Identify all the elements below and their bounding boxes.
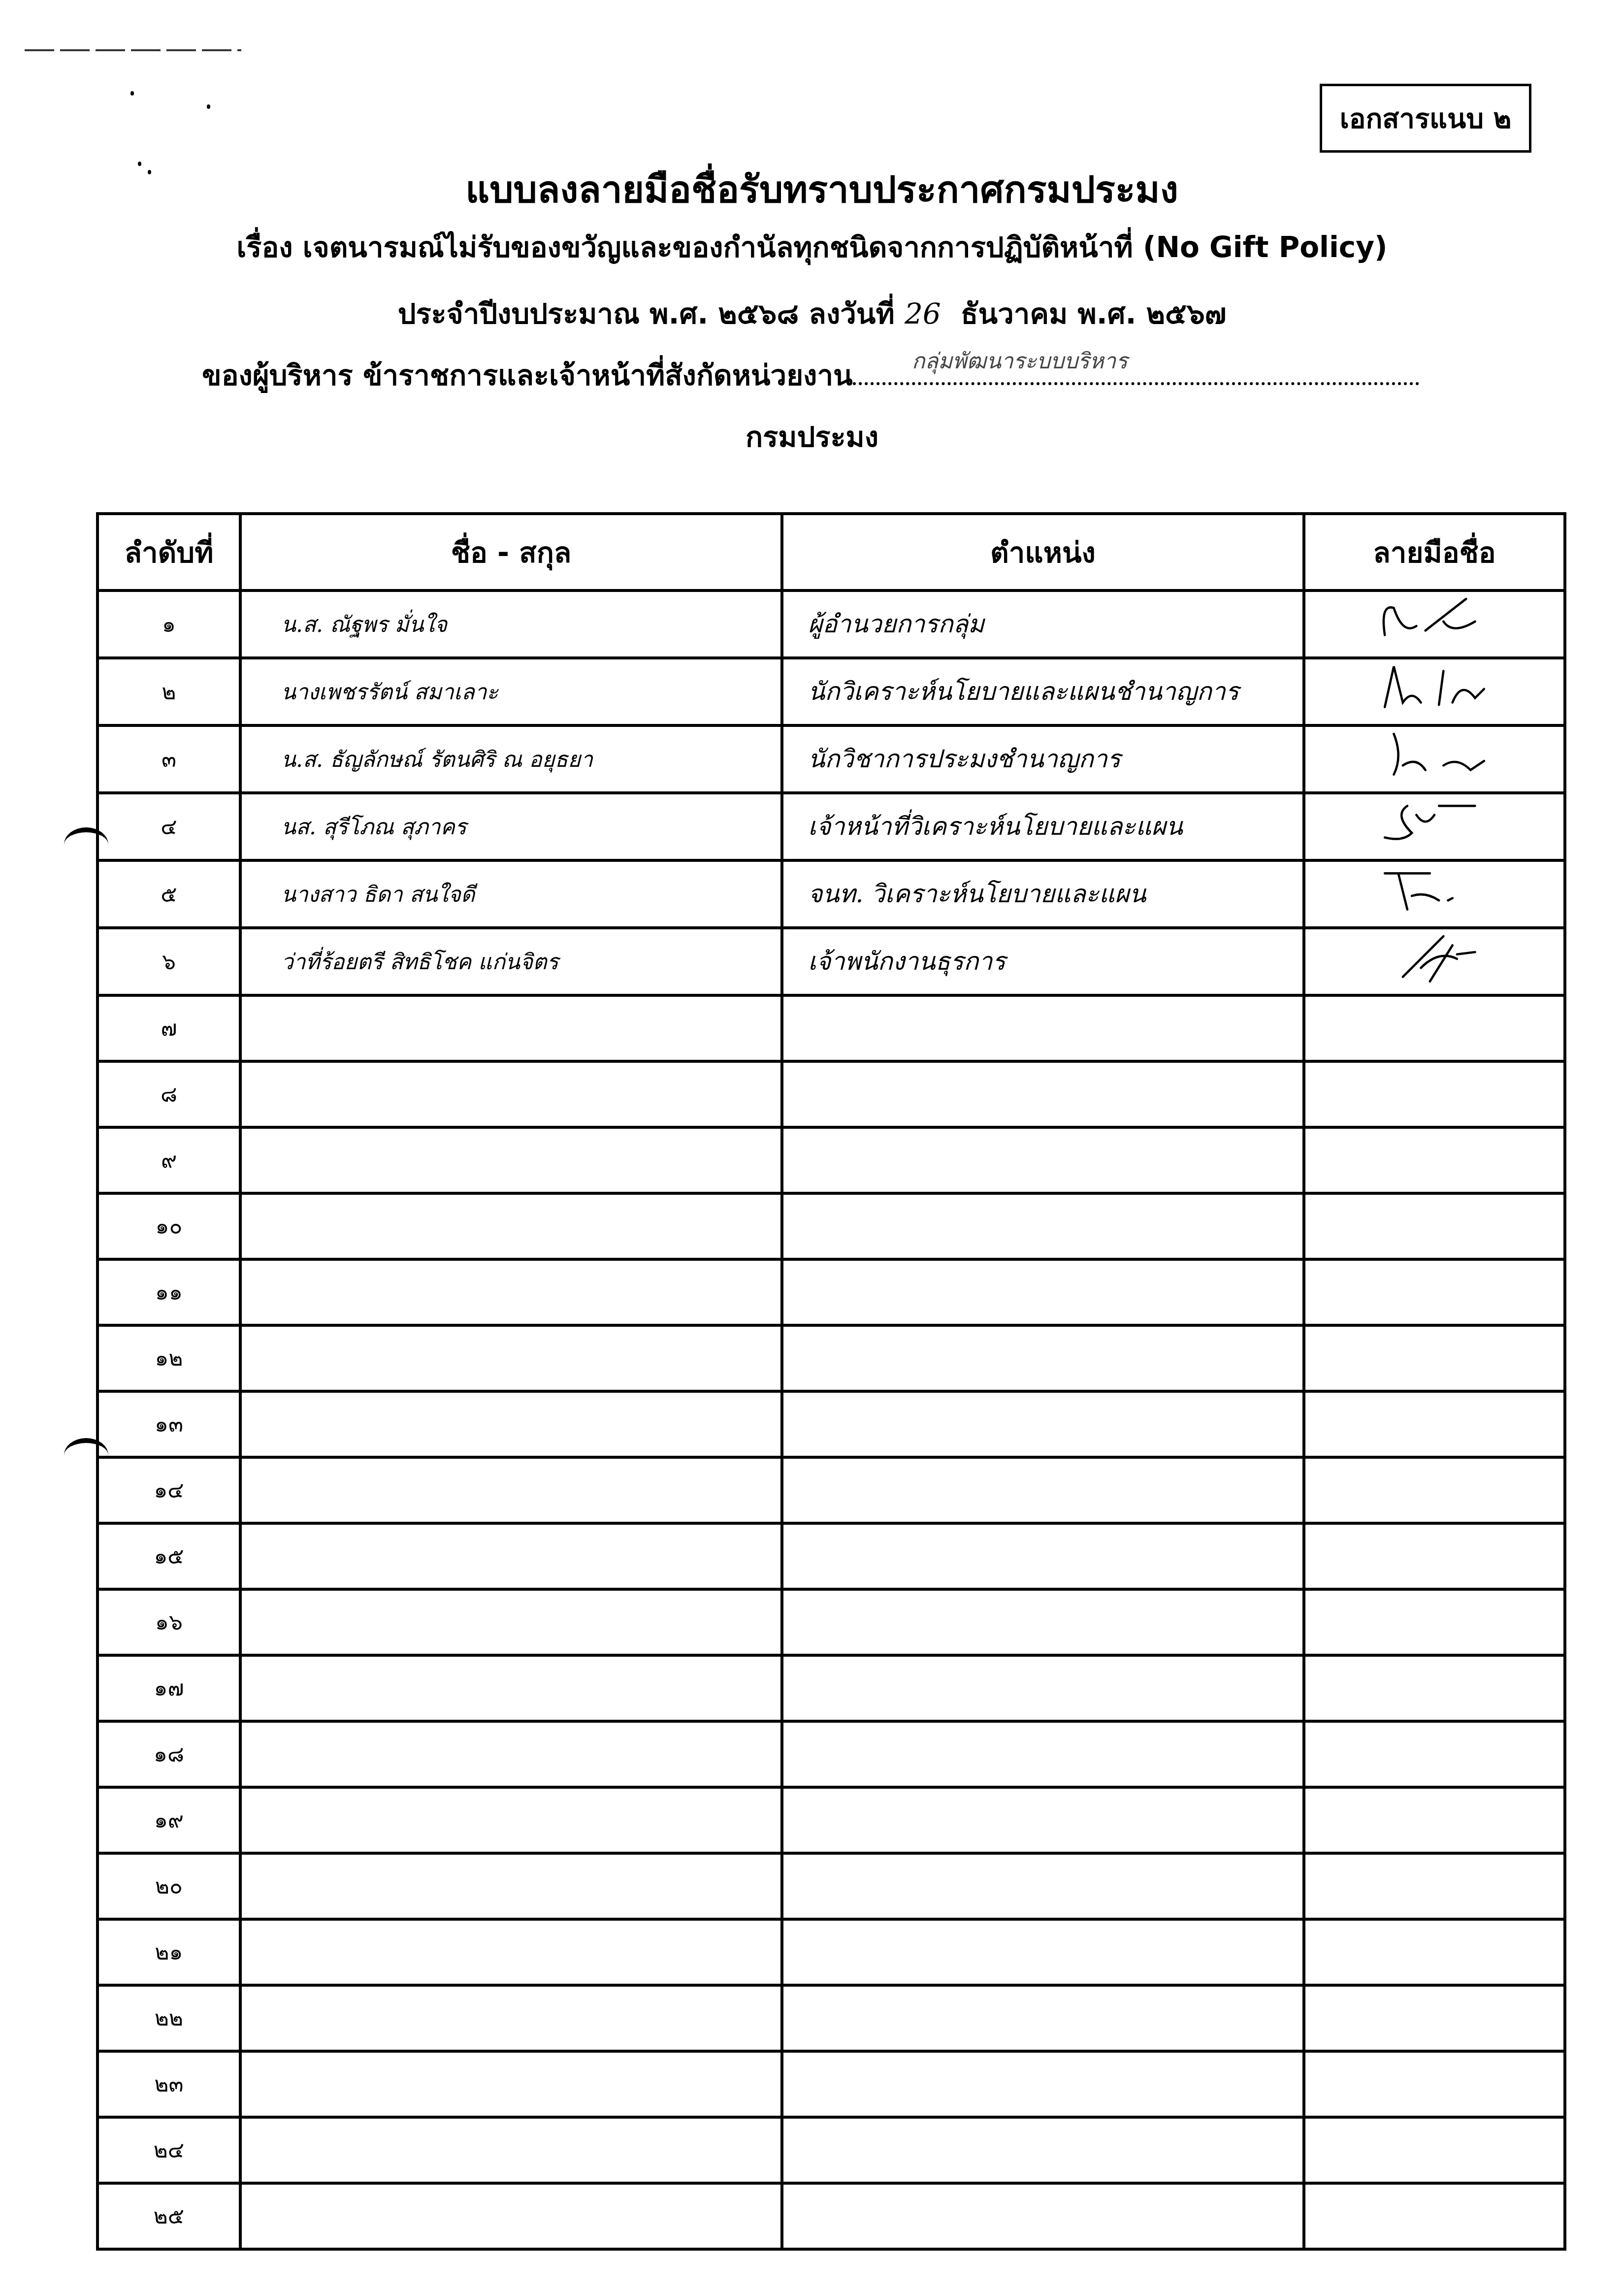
- row-number: ๑๓: [97, 1391, 240, 1457]
- signature-cell: [1304, 590, 1565, 658]
- unit-line: ของผู้บริหาร ข้าราชการและเจ้าหน้าที่สังก…: [202, 352, 1419, 398]
- table-row: ๑๕: [97, 1523, 1565, 1589]
- name-cell: [240, 1919, 782, 1985]
- date-month-year: ธันวาคม พ.ศ. ๒๕๖๗: [961, 297, 1226, 330]
- name-cell: [240, 1787, 782, 1853]
- table-row: ๙: [97, 1127, 1565, 1193]
- table-row: ๒๒: [97, 1985, 1565, 2051]
- table-row: ๒๓: [97, 2051, 1565, 2117]
- table-row: ๑๐: [97, 1193, 1565, 1259]
- row-number: ๒๓: [97, 2051, 240, 2117]
- scan-speck: [207, 104, 210, 109]
- position-cell: [782, 2117, 1304, 2183]
- name-cell: [240, 1325, 782, 1391]
- signature-cell: [1304, 1259, 1565, 1325]
- signature-cell: [1304, 1325, 1565, 1391]
- table-row: ๑๓: [97, 1391, 1565, 1457]
- row-number: ๕: [97, 860, 240, 928]
- signature-cell: [1304, 1787, 1565, 1853]
- form-subject: เรื่อง เจตนารมณ์ไม่รับของขวัญและของกำนัล…: [0, 224, 1624, 270]
- scan-artifact-line: [25, 49, 241, 51]
- row-number: ๑๗: [97, 1655, 240, 1721]
- signature-cell: [1304, 1193, 1565, 1259]
- name-cell: [240, 1259, 782, 1325]
- position-cell: [782, 1919, 1304, 1985]
- row-number: ๑๒: [97, 1325, 240, 1391]
- table-row: ๑๘: [97, 1721, 1565, 1787]
- name-cell: นางเพชรรัตน์ สมาเลาะ: [240, 658, 782, 725]
- signature-cell: [1304, 1589, 1565, 1655]
- signature-cell: [1304, 1655, 1565, 1721]
- table-row: ๑๔: [97, 1457, 1565, 1523]
- table-row: ๑๖: [97, 1589, 1565, 1655]
- row-number: ๘: [97, 1061, 240, 1127]
- name-cell: [240, 1589, 782, 1655]
- row-number: ๙: [97, 1127, 240, 1193]
- unit-prefix: ของผู้บริหาร ข้าราชการและเจ้าหน้าที่สังก…: [202, 359, 853, 392]
- table-row: ๑๗: [97, 1655, 1565, 1721]
- table-row: ๒นางเพชรรัตน์ สมาเลาะนักวิเคราะห์นโยบายแ…: [97, 658, 1565, 725]
- position-cell: [782, 1985, 1304, 2051]
- position-cell: นักวิชาการประมงชำนาญการ: [782, 725, 1304, 793]
- row-number: ๑๘: [97, 1721, 240, 1787]
- position-cell: [782, 1655, 1304, 1721]
- signature-cell: [1304, 1061, 1565, 1127]
- position-cell: ผู้อำนวยการกลุ่ม: [782, 590, 1304, 658]
- position-cell: [782, 1193, 1304, 1259]
- signature-cell: [1304, 928, 1565, 995]
- name-cell: [240, 1391, 782, 1457]
- name-cell: น.ส. ธัญลักษณ์ รัตนศิริ ณ อยุธยา: [240, 725, 782, 793]
- position-cell: [782, 1061, 1304, 1127]
- position-cell: เจ้าหน้าที่วิเคราะห์นโยบายและแผน: [782, 793, 1304, 860]
- form-title: แบบลงลายมือชื่อรับทราบประกาศกรมประมง: [0, 160, 1624, 219]
- position-cell: [782, 1325, 1304, 1391]
- department-name: กรมประมง: [0, 414, 1624, 459]
- row-number: ๑: [97, 590, 240, 658]
- column-header-position: ตำแหน่ง: [782, 514, 1304, 590]
- row-number: ๒๑: [97, 1919, 240, 1985]
- table-row: ๗: [97, 995, 1565, 1061]
- position-cell: [782, 995, 1304, 1061]
- position-cell: นักวิเคราะห์นโยบายและแผนชำนาญการ: [782, 658, 1304, 725]
- row-number: ๑๑: [97, 1259, 240, 1325]
- name-cell: น.ส. ณัฐพร มั่นใจ: [240, 590, 782, 658]
- signature-cell: [1304, 1853, 1565, 1919]
- form-date-line: ประจำปีงบประมาณ พ.ศ. ๒๕๖๘ ลงวันที่ 26 ธั…: [0, 291, 1624, 336]
- handwritten-signature-icon: [1361, 797, 1508, 851]
- table-row: ๖ว่าที่ร้อยตรี สิทธิโชค แก่นจิตรเจ้าพนัก…: [97, 928, 1565, 995]
- row-number: ๑๐: [97, 1193, 240, 1259]
- row-number: ๒๕: [97, 2183, 240, 2249]
- name-cell: [240, 1193, 782, 1259]
- signature-table: ลำดับที่ ชื่อ - สกุล ตำแหน่ง ลายมือชื่อ …: [96, 512, 1566, 2251]
- position-cell: [782, 1127, 1304, 1193]
- table-row: ๒๕: [97, 2183, 1565, 2249]
- signature-cell: [1304, 1457, 1565, 1523]
- table-row: ๑น.ส. ณัฐพร มั่นใจผู้อำนวยการกลุ่ม: [97, 590, 1565, 658]
- row-number: ๒: [97, 658, 240, 725]
- position-cell: [782, 1721, 1304, 1787]
- row-number: ๑๙: [97, 1787, 240, 1853]
- table-row: ๔นส. สุรีโภณ สุภาครเจ้าหน้าที่วิเคราะห์น…: [97, 793, 1565, 860]
- name-cell: นางสาว ธิดา สนใจดี: [240, 860, 782, 928]
- column-header-name: ชื่อ - สกุล: [240, 514, 782, 590]
- name-cell: [240, 995, 782, 1061]
- table-header-row: ลำดับที่ ชื่อ - สกุล ตำแหน่ง ลายมือชื่อ: [97, 514, 1565, 590]
- name-cell: [240, 1523, 782, 1589]
- handwritten-signature-icon: [1361, 932, 1508, 986]
- position-cell: จนท. วิเคราะห์นโยบายและแผน: [782, 860, 1304, 928]
- signature-cell: [1304, 1127, 1565, 1193]
- table-row: ๕นางสาว ธิดา สนใจดีจนท. วิเคราะห์นโยบายแ…: [97, 860, 1565, 928]
- row-number: ๒๔: [97, 2117, 240, 2183]
- attachment-label: เอกสารแนบ ๒: [1320, 84, 1531, 153]
- table-row: ๓น.ส. ธัญลักษณ์ รัตนศิริ ณ อยุธยานักวิชา…: [97, 725, 1565, 793]
- name-cell: ว่าที่ร้อยตรี สิทธิโชค แก่นจิตร: [240, 928, 782, 995]
- scan-speck: [130, 91, 134, 96]
- position-cell: เจ้าพนักงานธุรการ: [782, 928, 1304, 995]
- signature-cell: [1304, 995, 1565, 1061]
- table-row: ๑๒: [97, 1325, 1565, 1391]
- position-cell: [782, 1523, 1304, 1589]
- unit-fill-line: กลุ่มพัฒนาระบบบริหาร: [853, 382, 1419, 385]
- name-cell: นส. สุรีโภณ สุภาคร: [240, 793, 782, 860]
- row-number: ๒๐: [97, 1853, 240, 1919]
- signature-cell: [1304, 2051, 1565, 2117]
- name-cell: [240, 1853, 782, 1919]
- position-cell: [782, 1589, 1304, 1655]
- name-cell: [240, 1655, 782, 1721]
- signature-cell: [1304, 2183, 1565, 2249]
- handwritten-day: 26: [905, 297, 941, 330]
- name-cell: [240, 1127, 782, 1193]
- row-number: ๔: [97, 793, 240, 860]
- name-cell: [240, 1721, 782, 1787]
- signature-cell: [1304, 1919, 1565, 1985]
- position-cell: [782, 1259, 1304, 1325]
- table-row: ๒๑: [97, 1919, 1565, 1985]
- name-cell: [240, 2183, 782, 2249]
- name-cell: [240, 1061, 782, 1127]
- handwritten-signature-icon: [1361, 864, 1508, 918]
- column-header-no: ลำดับที่: [97, 514, 240, 590]
- position-cell: [782, 1787, 1304, 1853]
- name-cell: [240, 2051, 782, 2117]
- row-number: ๑๖: [97, 1589, 240, 1655]
- signature-cell: [1304, 1985, 1565, 2051]
- signature-cell: [1304, 1391, 1565, 1457]
- row-number: ๗: [97, 995, 240, 1061]
- column-header-signature: ลายมือชื่อ: [1304, 514, 1565, 590]
- position-cell: [782, 2051, 1304, 2117]
- signature-cell: [1304, 1523, 1565, 1589]
- handwritten-unit: กลุ่มพัฒนาระบบบริหาร: [912, 344, 1128, 378]
- signature-cell: [1304, 793, 1565, 860]
- signature-cell: [1304, 860, 1565, 928]
- signature-cell: [1304, 2117, 1565, 2183]
- row-number: ๒๒: [97, 1985, 240, 2051]
- row-number: ๓: [97, 725, 240, 793]
- name-cell: [240, 1457, 782, 1523]
- handwritten-signature-icon: [1361, 729, 1508, 784]
- table-row: ๑๑: [97, 1259, 1565, 1325]
- row-number: ๑๔: [97, 1457, 240, 1523]
- position-cell: [782, 2183, 1304, 2249]
- position-cell: [782, 1457, 1304, 1523]
- table-row: ๒๔: [97, 2117, 1565, 2183]
- position-cell: [782, 1391, 1304, 1457]
- row-number: ๖: [97, 928, 240, 995]
- fiscal-year-text: ประจำปีงบประมาณ พ.ศ. ๒๕๖๘ ลงวันที่: [398, 297, 895, 330]
- handwritten-signature-icon: [1361, 662, 1508, 716]
- table-row: ๘: [97, 1061, 1565, 1127]
- handwritten-signature-icon: [1361, 594, 1508, 649]
- name-cell: [240, 2117, 782, 2183]
- table-row: ๑๙: [97, 1787, 1565, 1853]
- signature-cell: [1304, 658, 1565, 725]
- signature-cell: [1304, 1721, 1565, 1787]
- position-cell: [782, 1853, 1304, 1919]
- name-cell: [240, 1985, 782, 2051]
- row-number: ๑๕: [97, 1523, 240, 1589]
- table-row: ๒๐: [97, 1853, 1565, 1919]
- signature-cell: [1304, 725, 1565, 793]
